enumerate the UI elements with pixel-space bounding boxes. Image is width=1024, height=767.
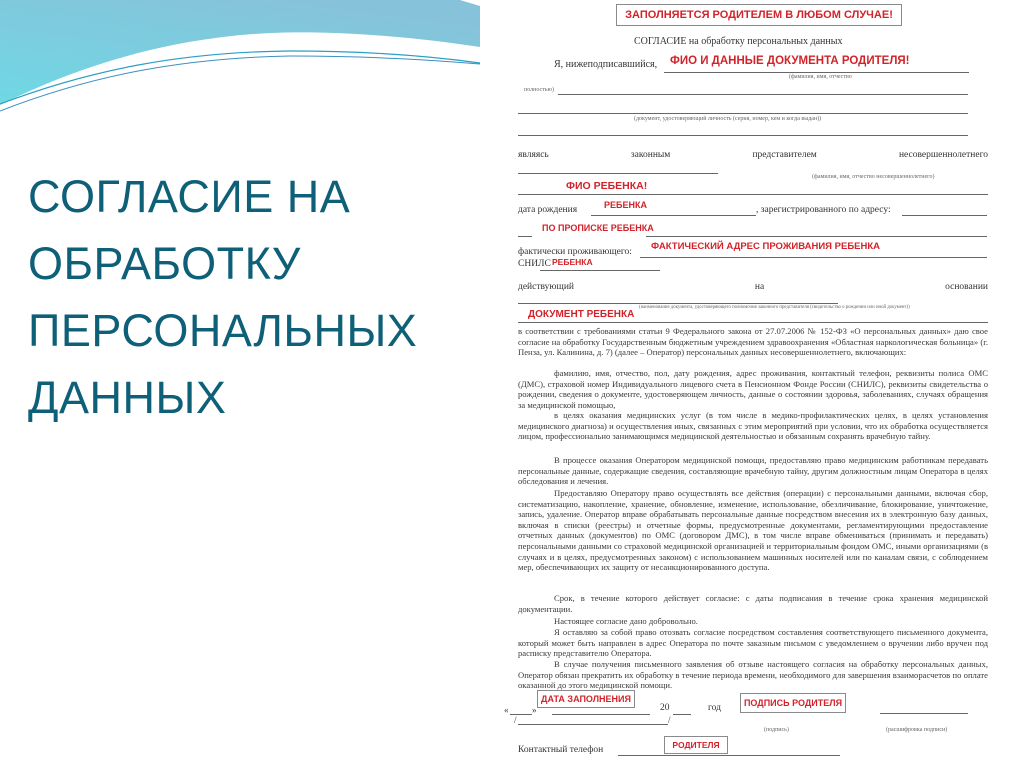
hint-registration: ПО ПРОПИСКЕ РЕБЕНКА [542,223,654,233]
paragraph: Предоставляю Оператору право осуществлят… [518,488,988,573]
year-prefix: 20 [660,703,670,713]
paragraph: фамилию, имя, отчество, пол, дату рожден… [518,368,988,410]
paragraph: Настоящее согласие дано добровольно. [518,616,988,627]
title-line: СОГЛАСИЕ НА [28,163,468,230]
caption-signature: (подпись) [764,727,789,733]
signature-line [518,724,668,725]
registered-line-2a [518,236,532,237]
paragraph: в целях оказания медицинских услуг (в то… [518,410,988,442]
document-line-2 [518,135,968,136]
caption-decode: (расшифровка подписи) [886,727,947,733]
paragraph: Срок, в течение которого действует согла… [518,593,988,614]
year-line [673,714,691,715]
word: на [755,282,764,292]
basis-line-2 [518,322,988,323]
label-birth-date: дата рождения [518,205,577,215]
label-actual-address: фактически проживающего: [518,247,632,257]
registered-line-1 [902,215,987,216]
slash-close: / [668,715,671,725]
hint-child-fio: ФИО РЕБЕНКА! [566,180,647,192]
birth-date-line [591,215,756,216]
decorative-wave [0,0,482,120]
slide-title: СОГЛАСИЕ НА ОБРАБОТКУ ПЕРСОНАЛЬНЫХ ДАННЫ… [28,163,468,431]
title-line: ДАННЫХ [28,364,468,431]
word: представителем [752,150,816,160]
caption-basis: (наименование документа, удостоверяющего… [639,305,910,310]
banner-fill-by-parent: ЗАПОЛНЯЕТСЯ РОДИТЕЛЕМ В ЛЮБОМ СЛУЧАЕ! [616,4,902,26]
label-i-undersigned: Я, нижеподписавшийся, [554,59,657,70]
title-line: ОБРАБОТКУ [28,230,468,297]
hint-actual-address: ФАКТИЧЕСКИЙ АДРЕС ПРОЖИВАНИЯ РЕБЕНКА [651,241,880,252]
date-close-quote: » [532,705,537,715]
paragraph: В случае получения письменного заявления… [518,659,988,691]
phone-line [618,755,840,756]
full-name-line [558,94,968,95]
hint-fill-date: ДАТА ЗАПОЛНЕНИЯ [537,690,635,708]
caption-child-fio: (фамилия, имя, отчество несовершеннолетн… [812,174,934,180]
word: действующий [518,282,574,292]
hint-parent-fio: ФИО И ДАННЫЕ ДОКУМЕНТА РОДИТЕЛЯ! [670,55,910,67]
paragraph: Я оставляю за собой право отозвать согла… [518,627,988,659]
year-suffix: год [708,703,721,713]
hint-child-birth: РЕБЕНКА [604,200,647,210]
word: являясь [518,150,549,160]
actual-address-line [640,257,987,258]
form-heading: СОГЛАСИЕ на обработку персональных данны… [634,36,842,47]
hint-parent-phone: РОДИТЕЛЯ [664,736,728,754]
hint-child-document: ДОКУМЕНТ РЕБЕНКА [528,309,634,320]
document-line [518,113,968,114]
parent-fio-line [664,72,969,73]
decode-line [880,713,968,714]
label-contact-phone: Контактный телефон [518,745,603,755]
label-snils: СНИЛС [518,259,551,269]
title-line: ПЕРСОНАЛЬНЫХ [28,297,468,364]
label-registered: , зарегистрированного по адресу: [756,205,891,215]
word: несовершеннолетнего [899,150,988,160]
hint-parent-signature: ПОДПИСЬ РОДИТЕЛЯ [740,693,846,713]
acting-row: действующий на основании [518,282,988,292]
representative-row: являясь законным представителем несоверш… [518,150,988,160]
consent-form-image: ЗАПОЛНЯЕТСЯ РОДИТЕЛЕМ В ЛЮБОМ СЛУЧАЕ! СО… [484,0,1024,767]
paragraph: В процессе оказания Оператором медицинск… [518,455,988,487]
month-line [552,714,650,715]
basis-line-1 [518,303,838,304]
slash-open: / [514,715,517,725]
snils-line [540,270,660,271]
word: законным [631,150,670,160]
word: основании [945,282,988,292]
paragraph: в соответствии с требованиями статьи 9 Ф… [518,326,988,358]
hint-snils: РЕБЕНКА [552,257,593,267]
caption-full: полностью) [524,87,554,93]
caption-fio: (фамилия, имя, отчество [789,74,852,80]
caption-document: (документ, удостоверяющий личность (сери… [634,116,821,122]
registered-line-2b [646,236,987,237]
child-fio-line-2 [518,194,988,195]
child-fio-line-1 [518,173,718,174]
date-open-quote: « [504,705,509,715]
